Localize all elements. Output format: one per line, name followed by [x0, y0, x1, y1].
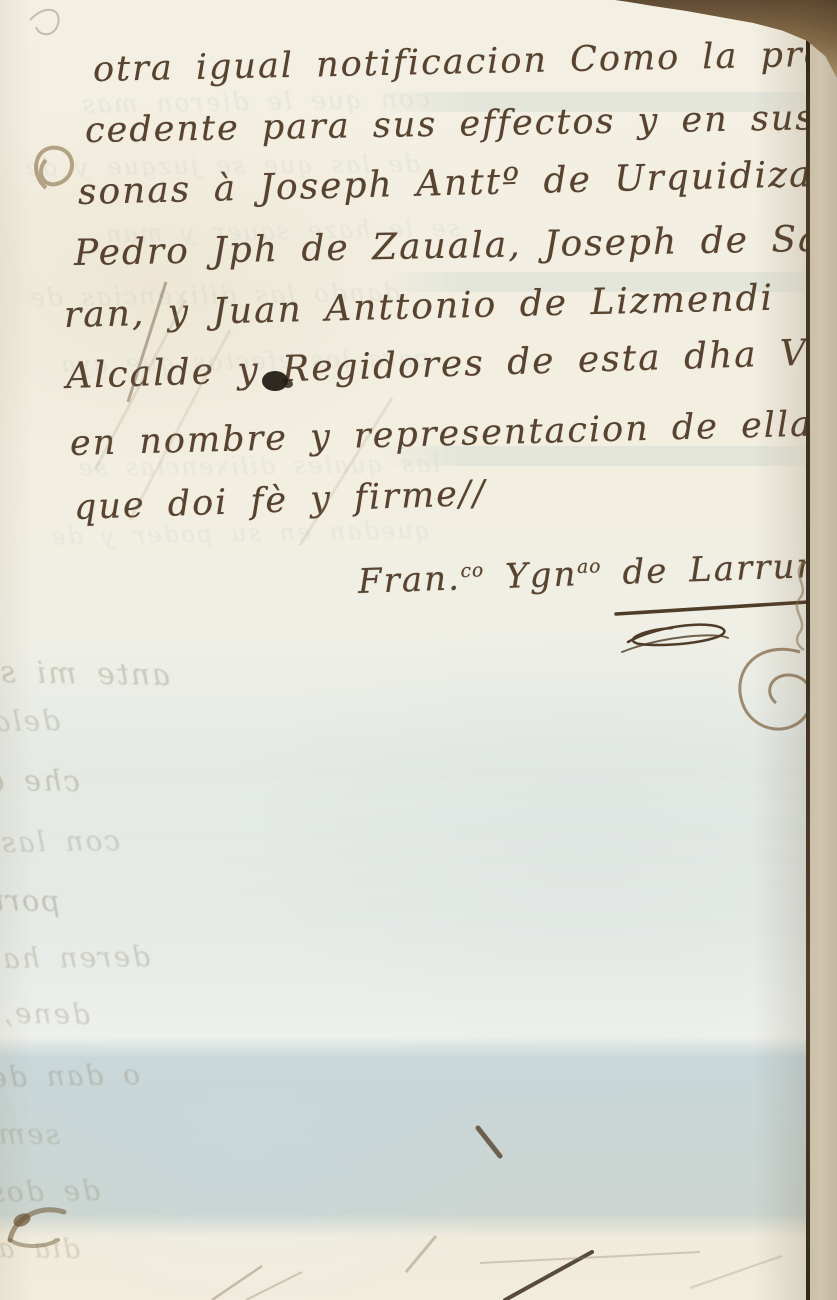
- next-page-strip: [810, 0, 837, 1300]
- ink-stroke: [478, 1128, 500, 1156]
- ink-stroke: [406, 1236, 436, 1272]
- manuscript-line-5: ran, y Juan Anttonio de Lizmendi: [63, 278, 774, 336]
- paper-tint-band: [0, 1037, 837, 1237]
- bleedthrough-line: ante mi se me a de dar y firme: [0, 648, 170, 693]
- ink-smudge: [10, 1210, 64, 1240]
- manuscript-page: con que le dieron mas de las que se juzg…: [0, 0, 837, 1300]
- showthrough-curl: [30, 10, 59, 34]
- signature-rubric: [622, 635, 728, 652]
- bleedthrough-line: o dan de Urquizabal y fran: [0, 1058, 140, 1099]
- manuscript-line-4: Pedro Jph de Zauala, Joseph de Sarra-: [74, 217, 837, 274]
- manuscript-line-1: otra igual notificacion Como la pre-: [93, 34, 837, 90]
- bleedthrough-line: dela villa y de sus effectos para: [0, 704, 60, 747]
- bleedthrough-line: portea la averiguan Representan: [0, 876, 60, 918]
- spiral-flourish: [740, 649, 812, 729]
- signature-rubric: [628, 625, 724, 645]
- ink-smudge: [10, 1240, 58, 1246]
- ink-stroke: [505, 1252, 592, 1300]
- bleedthrough-line: semis y firme las que siguen: [0, 1112, 60, 1151]
- bleedthrough-line: deren haueres y fueres pareseres: [0, 940, 150, 981]
- showthrough-curl: [36, 148, 72, 188]
- ink-stroke: [480, 1252, 700, 1263]
- signature-superscript: ao: [577, 556, 602, 578]
- signature-text: Fran.: [357, 558, 461, 602]
- bleedthrough-line: dia a las Cap. de ribas: [0, 1231, 80, 1265]
- ink-stroke: [690, 1256, 782, 1288]
- manuscript-line-8: que doi fè y firme//: [73, 474, 487, 528]
- signature-text: de Larrumbide: [601, 543, 837, 594]
- signature-text: Ygn: [484, 554, 578, 597]
- bleedthrough-line: dene, huecas ese fuere dearens: [0, 989, 90, 1031]
- bleedthrough-line: con las dilixencias que se an de: [0, 824, 120, 867]
- manuscript-line-6: Alcalde y Regidores de esta dha Villa: [65, 331, 837, 397]
- ink-smudge: [11, 1211, 32, 1229]
- paper-tint-band: [0, 640, 837, 1040]
- bleedthrough-line: de dos reyes con Causas perten: [0, 1174, 100, 1216]
- signature: Fran.co Ygnao de Larrumbide: [357, 543, 837, 602]
- manuscript-line-2: cedente para sus effectos y en sus per-: [85, 96, 837, 151]
- page-edge: [806, 0, 810, 1300]
- ink-stroke: [212, 1266, 262, 1300]
- signature-superscript: co: [460, 560, 484, 582]
- manuscript-line-3: sonas à Joseph Anttº de Urquidizan,: [77, 153, 837, 213]
- bleedthrough-line: che dauues para y se el estar asi: [0, 758, 80, 798]
- ink-stroke: [246, 1272, 302, 1300]
- signature-underline: [616, 601, 824, 614]
